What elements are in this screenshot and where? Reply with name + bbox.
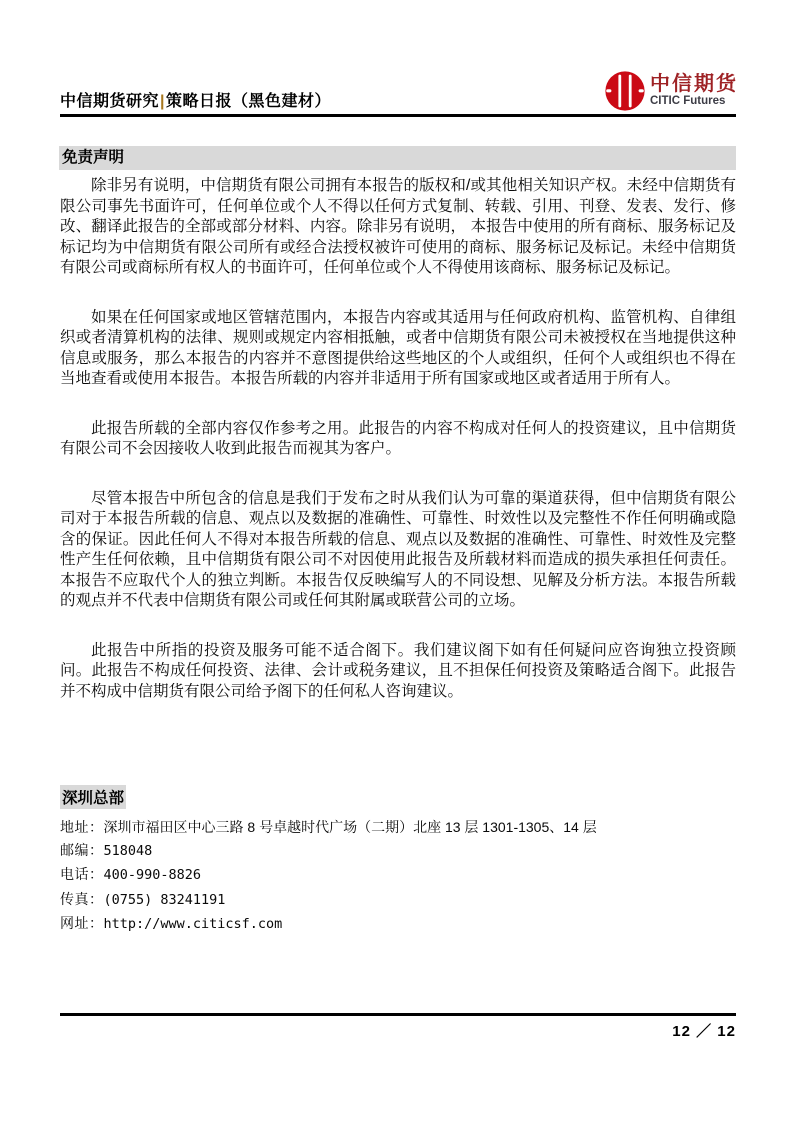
header-title-report: 策略日报（黑色建材） xyxy=(166,93,331,110)
fax-label: 传真： xyxy=(60,891,104,907)
logo-name-cn: 中信期货 xyxy=(650,74,738,94)
fax-value: (0755) 83241191 xyxy=(104,892,226,908)
report-page: 中信期货研究|策略日报（黑色建材） 中信期货 CITIC Futures 免责声… xyxy=(0,0,793,1122)
disclaimer-paragraph-1: 除非另有说明，中信期货有限公司拥有本报告的版权和/或其他相关知识产权。未经中信期… xyxy=(60,176,736,279)
header-title-research: 中信期货研究 xyxy=(60,93,159,110)
logo-wordmark: 中信期货 CITIC Futures xyxy=(650,74,738,108)
phone-value: 400-990-8826 xyxy=(104,867,202,883)
office-fax-line: 传真：(0755) 83241191 xyxy=(60,888,736,912)
footer-divider-rule xyxy=(60,1013,736,1016)
header-divider-rule xyxy=(60,114,736,117)
office-heading: 深圳总部 xyxy=(60,785,126,809)
report-header-title: 中信期货研究|策略日报（黑色建材） xyxy=(60,88,331,111)
office-contact-lines: 地址：深圳市福田区中心三路 8 号卓越时代广场（二期）北座 13 层 1301-… xyxy=(60,816,736,936)
page-number: 12 ／ 12 xyxy=(60,1020,736,1041)
disclaimer-body: 除非另有说明，中信期货有限公司拥有本报告的版权和/或其他相关知识产权。未经中信期… xyxy=(60,176,736,731)
logo-name-en: CITIC Futures xyxy=(650,96,738,108)
disclaimer-paragraph-3: 此报告所载的全部内容仅作参考之用。此报告的内容不构成对任何人的投资建议，且中信期… xyxy=(60,419,736,460)
citic-futures-logo: 中信期货 CITIC Futures xyxy=(605,71,738,111)
office-phone-line: 电话：400-990-8826 xyxy=(60,863,736,887)
disclaimer-paragraph-4: 尽管本报告中所包含的信息是我们于发布之时从我们认为可靠的渠道获得，但中信期货有限… xyxy=(60,489,736,612)
office-info-block: 深圳总部 地址：深圳市福田区中心三路 8 号卓越时代广场（二期）北座 13 层 … xyxy=(60,785,736,936)
office-postcode-line: 邮编：518048 xyxy=(60,839,736,863)
website-label: 网址： xyxy=(60,915,104,931)
office-address-line: 地址：深圳市福田区中心三路 8 号卓越时代广场（二期）北座 13 层 1301-… xyxy=(60,816,736,839)
postcode-value: 518048 xyxy=(104,843,153,859)
citic-logo-icon xyxy=(605,71,645,111)
website-url[interactable]: http://www.citicsf.com xyxy=(104,916,283,932)
disclaimer-heading: 免责声明 xyxy=(59,146,736,170)
phone-label: 电话： xyxy=(60,866,104,882)
disclaimer-paragraph-2: 如果在任何国家或地区管辖范围内，本报告内容或其适用与任何政府机构、监管机构、自律… xyxy=(60,308,736,390)
office-website-line: 网址：http://www.citicsf.com xyxy=(60,912,736,936)
postcode-label: 邮编： xyxy=(60,842,104,858)
disclaimer-paragraph-5: 此报告中所指的投资及服务可能不适合阁下。我们建议阁下如有任何疑问应咨询独立投资顾… xyxy=(60,641,736,703)
address-label: 地址： xyxy=(60,819,104,835)
header-title-separator: | xyxy=(159,93,166,110)
address-value: 深圳市福田区中心三路 8 号卓越时代广场（二期）北座 13 层 1301-130… xyxy=(104,819,597,835)
